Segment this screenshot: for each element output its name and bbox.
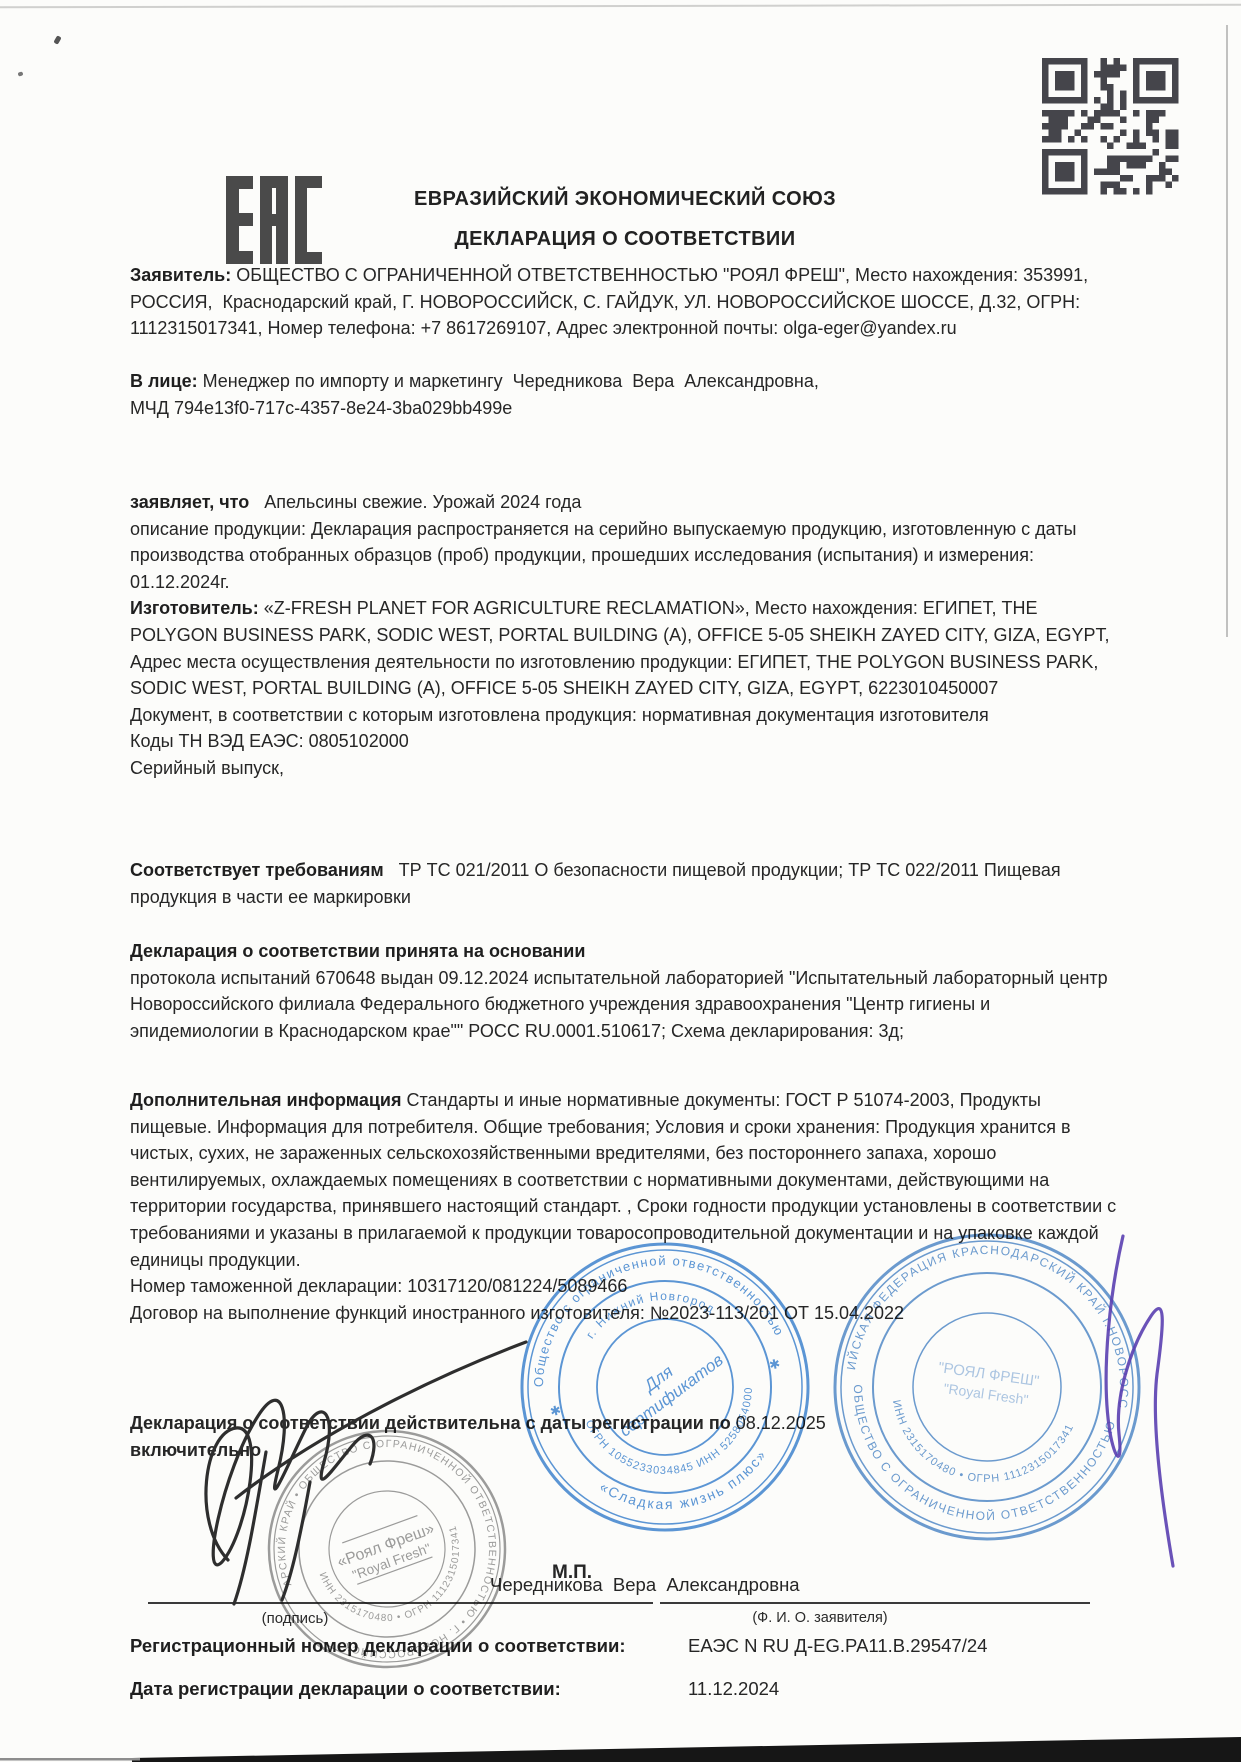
document-ref: Документ, в соответствии с которым изгот… [130,705,989,725]
basis-section: Декларация о соответствии принята на осн… [130,938,1122,1044]
declares-label: заявляет, что [130,492,249,512]
product-name: Апельсины свежие. Урожай 2024 года [249,492,581,512]
applicant-section: Заявитель: ОБЩЕСТВО С ОГРАНИЧЕННОЙ ОТВЕТ… [130,262,1122,342]
pen-signature-mark [1075,1228,1205,1578]
complies-label: Соответствует требованиям [130,860,384,880]
applicant-label: Заявитель: [130,265,231,285]
additional-label: Дополнительная информация [130,1090,401,1110]
scan-edge-right [1226,25,1228,637]
name-caption: (Ф. И. О. заявителя) [695,1610,945,1626]
product-section: заявляет, что Апельсины свежие. Урожай 2… [130,489,1122,782]
handwritten-signature [170,1312,570,1612]
applicant-text: ОБЩЕСТВО С ОГРАНИЧЕННОЙ ОТВЕТСТВЕННОСТЬЮ… [130,265,1093,338]
scan-speck [17,71,23,76]
reg-date-value: 11.12.2024 [688,1678,779,1700]
blue-center-center-2: сертификатов [616,1350,727,1440]
issue-type: Серийный выпуск, [130,758,284,778]
reg-number-value: ЕАЭС N RU Д-EG.РА11.В.29547/24 [688,1635,987,1657]
product-description: описание продукции: Декларация распростр… [130,519,1081,592]
declaration-document: ЕВРАЗИЙСКИЙ ЭКОНОМИЧЕСКИЙ СОЮЗ ДЕКЛАРАЦИ… [0,0,1241,1762]
representative-section: В лице: Менеджер по импорту и маркетингу… [130,368,1122,421]
scan-speck [53,35,61,44]
stamp-place-label: М.П. [552,1562,592,1584]
scan-edge-top [0,4,1241,9]
qr-code-icon [1042,58,1179,195]
blue-center-star-right: ✱ [768,1356,782,1373]
document-header: ЕВРАЗИЙСКИЙ ЭКОНОМИЧЕСКИЙ СОЮЗ ДЕКЛАРАЦИ… [130,188,1120,251]
manufacturer-text: «Z-FRESH PLANET FOR AGRICULTURE RECLAMAT… [130,598,1115,698]
representative-label: В лице: [130,371,198,391]
basis-label: Декларация о соответствии принята на осн… [130,941,585,961]
basis-text: протокола испытаний 670648 выдан 09.12.2… [130,968,1113,1041]
manufacturer-label: Изготовитель: [130,598,259,618]
tnved-codes: Коды ТН ВЭД ЕАЭС: 0805102000 [130,731,409,751]
compliance-section: Соответствует требованиям ТР ТС 021/2011… [130,857,1122,910]
name-line [660,1602,1090,1604]
representative-text: Менеджер по импорту и маркетингу Чередни… [198,371,819,391]
union-title: ЕВРАЗИЙСКИЙ ЭКОНОМИЧЕСКИЙ СОЮЗ [130,188,1120,211]
scan-edge-bottom [0,1732,1241,1762]
representative-mchd: МЧД 794e13f0-717c-4357-8e24-3ba029bb499e [130,398,512,418]
document-title: ДЕКЛАРАЦИЯ О СООТВЕТСТВИИ [130,228,1120,251]
